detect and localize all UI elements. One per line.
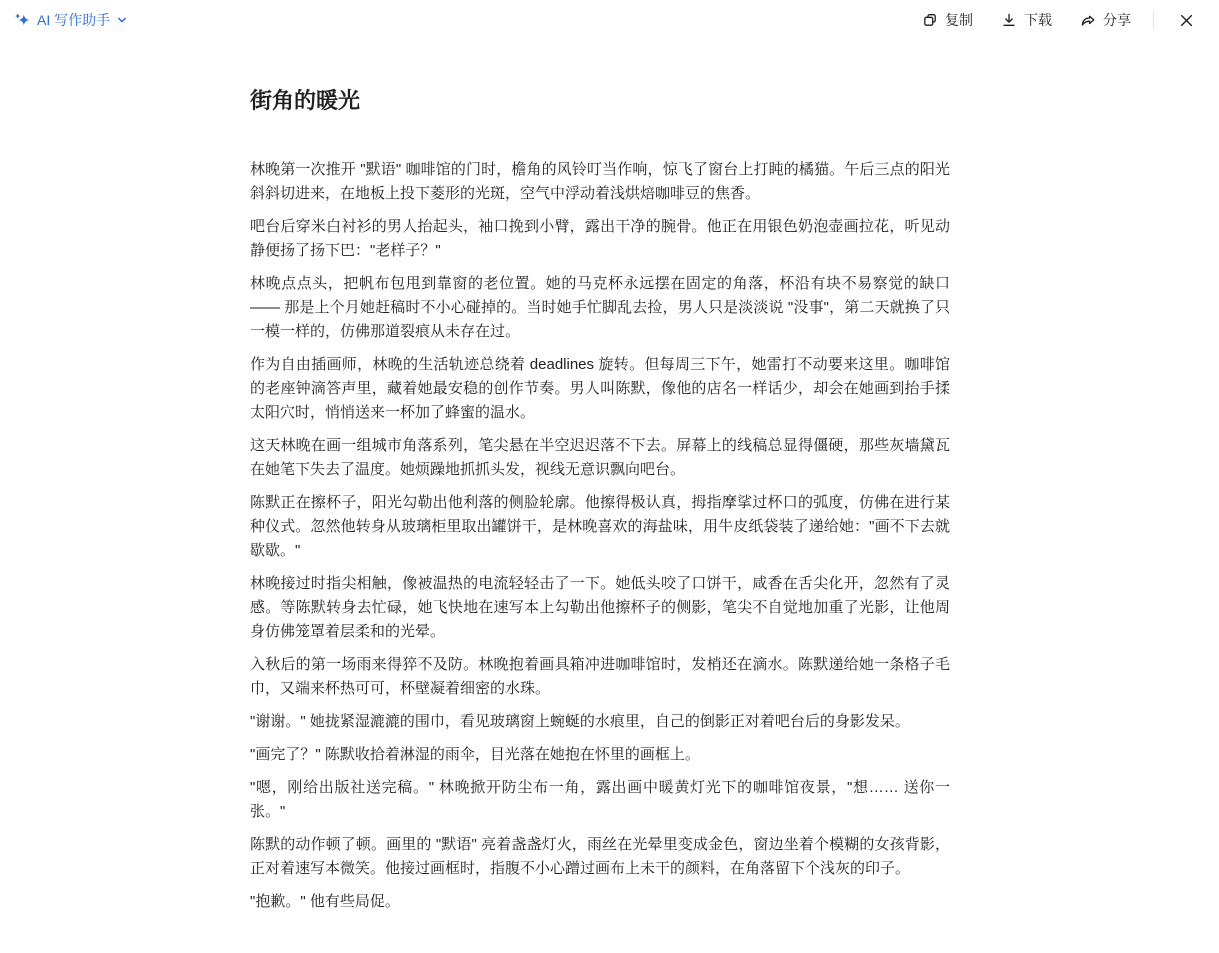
share-label: 分享 bbox=[1103, 10, 1131, 30]
paragraph: 陈默正在擦杯子，阳光勾勒出他利落的侧脸轮廓。他擦得极认真，拇指摩挲过杯口的弧度，… bbox=[250, 491, 950, 563]
copy-label: 复制 bbox=[945, 10, 973, 30]
toolbar: AI 写作助手 复制 下载 bbox=[0, 0, 1219, 40]
paragraph: "抱歉。" 他有些局促。 bbox=[250, 890, 950, 914]
toolbar-actions: 复制 下载 分享 bbox=[920, 6, 1199, 34]
download-label: 下载 bbox=[1024, 10, 1052, 30]
chevron-down-icon bbox=[116, 14, 128, 26]
copy-icon bbox=[922, 12, 938, 28]
paragraph: 作为自由插画师，林晚的生活轨迹总绕着 deadlines 旋转。但每周三下午，她… bbox=[250, 353, 950, 425]
close-button[interactable] bbox=[1174, 8, 1199, 33]
paragraph: 这天林晚在画一组城市角落系列，笔尖悬在半空迟迟落不下去。屏幕上的线稿总显得僵硬，… bbox=[250, 434, 950, 482]
copy-button[interactable]: 复制 bbox=[920, 6, 975, 34]
share-button[interactable]: 分享 bbox=[1078, 6, 1133, 34]
paragraph: "嗯，刚给出版社送完稿。" 林晚掀开防尘布一角，露出画中暖黄灯光下的咖啡馆夜景，… bbox=[250, 776, 950, 824]
document-body: 林晚第一次推开 "默语" 咖啡馆的门时，檐角的风铃叮当作响，惊飞了窗台上打盹的橘… bbox=[250, 158, 950, 914]
paragraph: 吧台后穿米白衬衫的男人抬起头，袖口挽到小臂，露出干净的腕骨。他正在用银色奶泡壶画… bbox=[250, 215, 950, 263]
assistant-label: AI 写作助手 bbox=[37, 10, 110, 30]
paragraph: 入秋后的第一场雨来得猝不及防。林晚抱着画具箱冲进咖啡馆时，发梢还在滴水。陈默递给… bbox=[250, 653, 950, 701]
document-title: 街角的暖光 bbox=[250, 86, 950, 116]
download-button[interactable]: 下载 bbox=[999, 6, 1054, 34]
paragraph: 陈默的动作顿了顿。画里的 "默语" 亮着盏盏灯火，雨丝在光晕里变成金色，窗边坐着… bbox=[250, 833, 950, 881]
paragraph: "谢谢。" 她拢紧湿漉漉的围巾，看见玻璃窗上蜿蜒的水痕里，自己的倒影正对着吧台后… bbox=[250, 710, 950, 734]
document-canvas: 街角的暖光 林晚第一次推开 "默语" 咖啡馆的门时，檐角的风铃叮当作响，惊飞了窗… bbox=[250, 40, 950, 914]
toolbar-divider bbox=[1153, 12, 1154, 28]
close-icon bbox=[1178, 12, 1195, 29]
paragraph: 林晚点点头，把帆布包甩到靠窗的老位置。她的马克杯永远摆在固定的角落，杯沿有块不易… bbox=[250, 272, 950, 344]
paragraph: 林晚接过时指尖相触，像被温热的电流轻轻击了一下。她低头咬了口饼干，咸香在舌尖化开… bbox=[250, 572, 950, 644]
download-icon bbox=[1001, 12, 1017, 28]
share-icon bbox=[1080, 12, 1096, 28]
sparkle-icon bbox=[14, 12, 31, 29]
paragraph: 林晚第一次推开 "默语" 咖啡馆的门时，檐角的风铃叮当作响，惊飞了窗台上打盹的橘… bbox=[250, 158, 950, 206]
assistant-switcher[interactable]: AI 写作助手 bbox=[14, 10, 128, 30]
paragraph: "画完了？" 陈默收拾着淋湿的雨伞，目光落在她抱在怀里的画框上。 bbox=[250, 743, 950, 767]
